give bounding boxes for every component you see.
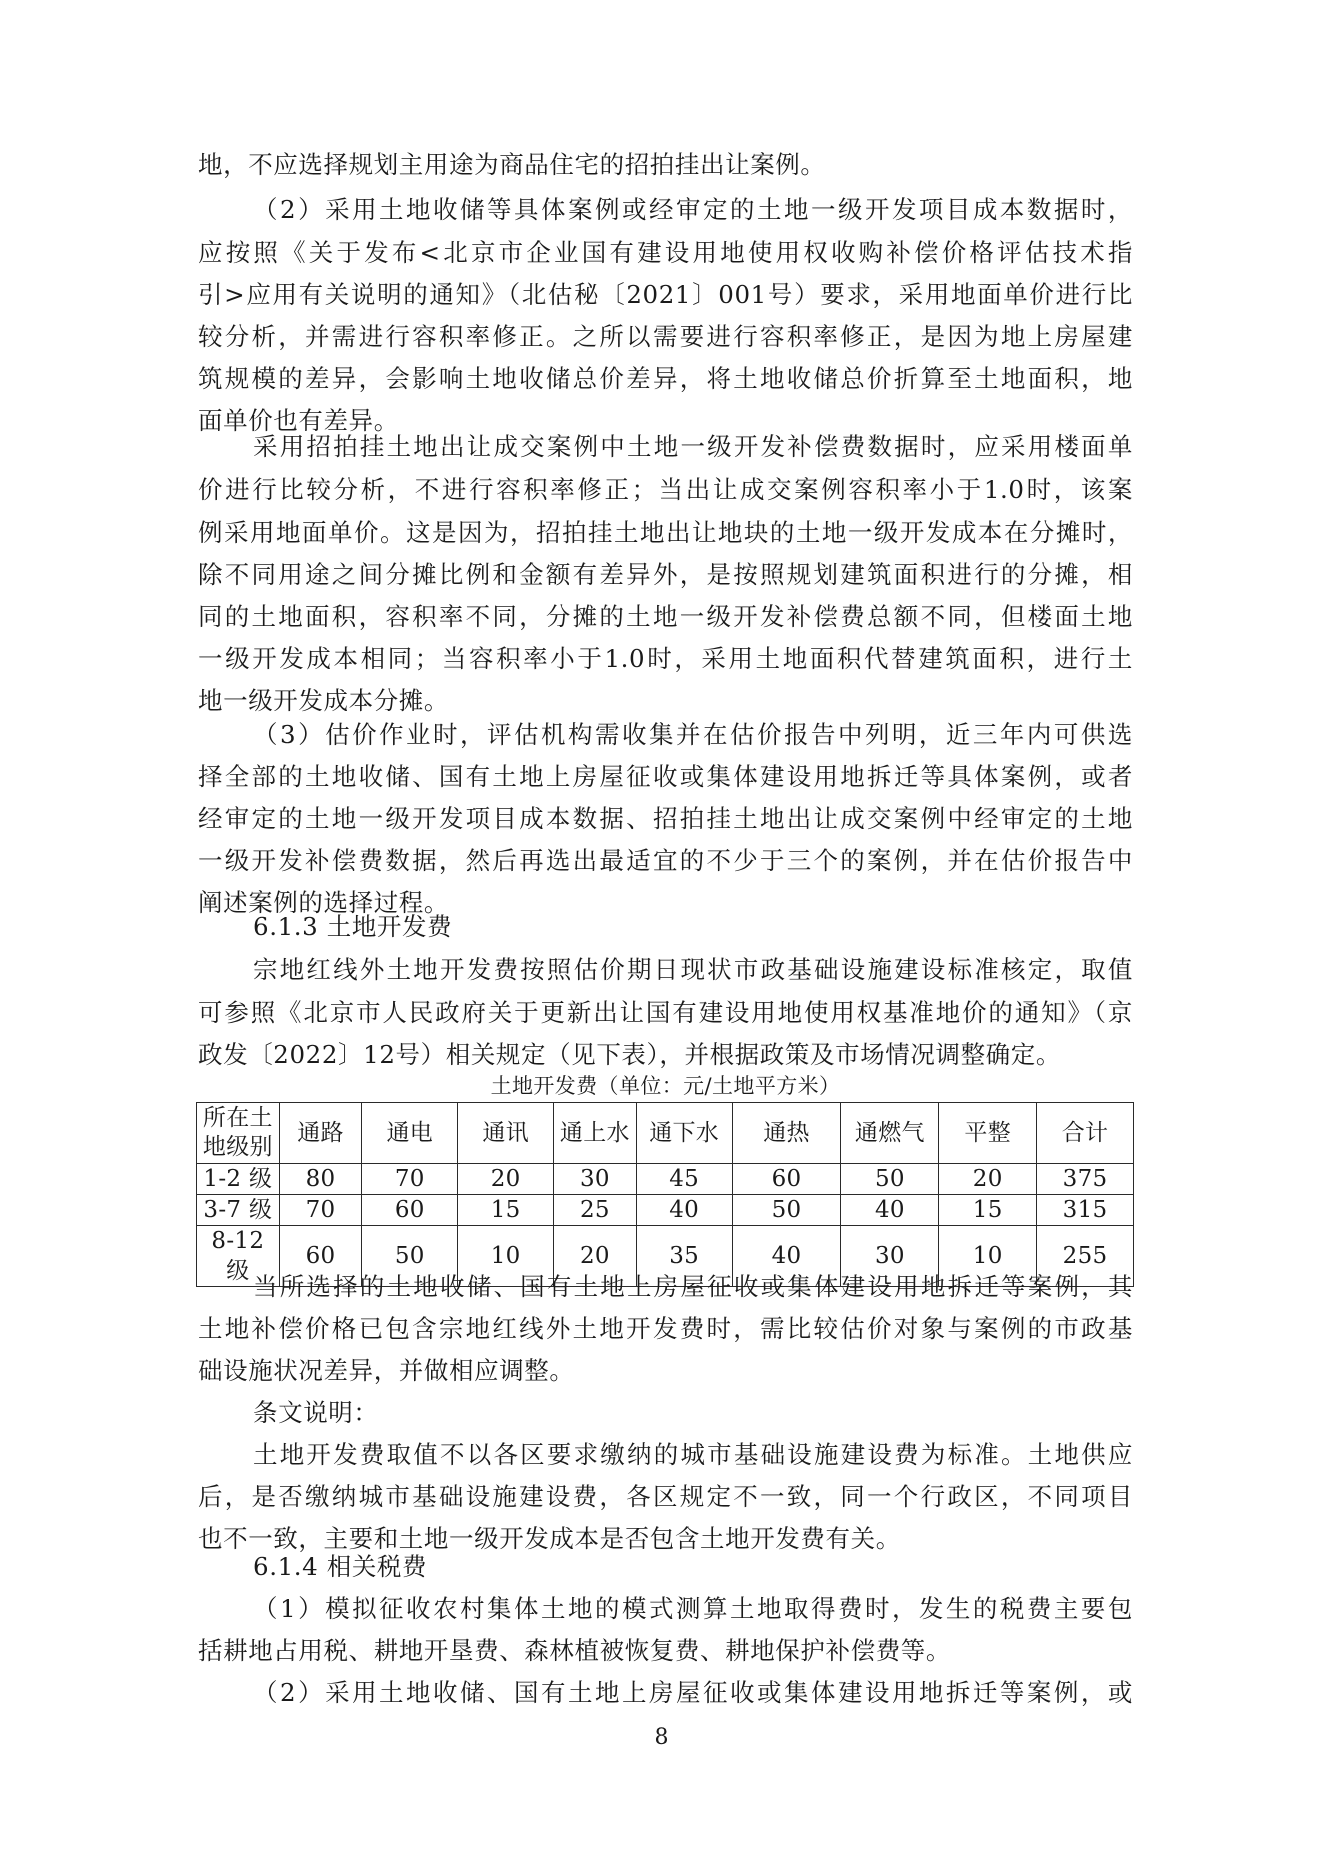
table-cell: 3-7 级 [197, 1195, 280, 1226]
text-line: 括耕地占用税、耕地开垦费、森林植被恢复费、耕地保护补偿费等。 [198, 1636, 1133, 1666]
note-label: 条文说明： [253, 1398, 379, 1428]
text-line: 价进行比较分析，不进行容积率修正；当出让成交案例容积率小于1.0时，该案 [198, 475, 1133, 505]
table-header-row: 所在土 地级别 通路 通电 通讯 通上水 通下水 通热 通燃气 平整 合计 [197, 1103, 1134, 1164]
text-line: （3）估价作业时，评估机构需收集并在估价报告中列明，近三年内可供选 [253, 720, 1133, 750]
table-header-cell: 通讯 [458, 1103, 554, 1164]
text-line: 政发〔2022〕12号）相关规定（见下表），并根据政策及市场情况调整确定。 [198, 1040, 1133, 1070]
table-cell: 25 [554, 1195, 637, 1226]
text-line: 采用招拍挂土地出让成交案例中土地一级开发补偿费数据时，应采用楼面单 [253, 432, 1133, 462]
text-line: 除不同用途之间分摊比例和金额有差异外，是按照规划建筑面积进行的分摊，相 [198, 560, 1133, 590]
table-cell: 60 [732, 1164, 841, 1195]
table-header-cell: 所在土 地级别 [197, 1103, 280, 1164]
table-header-cell: 通上水 [554, 1103, 637, 1164]
text-line: 可参照《北京市人民政府关于更新出让国有建设用地使用权基准地价的通知》（京 [198, 998, 1133, 1028]
text-line: 较分析，并需进行容积率修正。之所以需要进行容积率修正，是因为地上房屋建 [198, 322, 1133, 352]
text-line: 地一级开发成本分摊。 [198, 686, 1133, 716]
text-line: 后，是否缴纳城市基础设施建设费，各区规定不一致，同一个行政区，不同项目 [198, 1482, 1133, 1512]
table-header-cell: 平整 [939, 1103, 1037, 1164]
table-cell: 315 [1037, 1195, 1134, 1226]
document-page: 地，不应选择规划主用途为商品住宅的招拍挂出让案例。 （2）采用土地收储等具体案例… [0, 0, 1323, 1871]
text-line: （1）模拟征收农村集体土地的模式测算土地取得费时，发生的税费主要包 [253, 1594, 1133, 1624]
table-header-cell: 通路 [279, 1103, 362, 1164]
land-development-fee-table: 所在土 地级别 通路 通电 通讯 通上水 通下水 通热 通燃气 平整 合计 1-… [196, 1102, 1134, 1287]
table-cell: 50 [841, 1164, 939, 1195]
text-line: 引>应用有关说明的通知》（北估秘〔2021〕001号）要求，采用地面单价进行比 [198, 280, 1133, 310]
table-cell: 40 [636, 1195, 732, 1226]
header-line: 所在土 [203, 1105, 273, 1131]
table-cell: 20 [458, 1164, 554, 1195]
table-cell: 45 [636, 1164, 732, 1195]
page-number: 8 [0, 1725, 1323, 1750]
table-row: 3-7 级 70 60 15 25 40 50 40 15 315 [197, 1195, 1134, 1226]
text-line: （2）采用土地收储、国有土地上房屋征收或集体建设用地拆迁等案例，或 [253, 1678, 1133, 1708]
text-line: 土地补偿价格已包含宗地红线外土地开发费时，需比较估价对象与案例的市政基 [198, 1314, 1133, 1344]
table-cell: 70 [279, 1195, 362, 1226]
table-header-cell: 通燃气 [841, 1103, 939, 1164]
table-cell: 80 [279, 1164, 362, 1195]
table-cell: 70 [362, 1164, 458, 1195]
table-cell: 15 [458, 1195, 554, 1226]
text-line: 同的土地面积，容积率不同，分摊的土地一级开发补偿费总额不同，但楼面土地 [198, 602, 1133, 632]
table-cell: 40 [841, 1195, 939, 1226]
table-cell: 20 [939, 1164, 1037, 1195]
text-line: 筑规模的差异，会影响土地收储总价差异，将土地收储总价折算至土地面积，地 [198, 364, 1133, 394]
text-line: 础设施状况差异，并做相应调整。 [198, 1356, 1133, 1386]
table-cell: 30 [554, 1164, 637, 1195]
table-cell: 1-2 级 [197, 1164, 280, 1195]
section-heading-6-1-4: 6.1.4 相关税费 [253, 1552, 427, 1582]
text-line: 例采用地面单价。这是因为，招拍挂土地出让地块的土地一级开发成本在分摊时， [198, 518, 1133, 548]
section-heading-6-1-3: 6.1.3 土地开发费 [253, 912, 452, 942]
table-header-cell: 通电 [362, 1103, 458, 1164]
text-line: 也不一致，主要和土地一级开发成本是否包含土地开发费有关。 [198, 1524, 1133, 1554]
table-cell: 60 [362, 1195, 458, 1226]
text-line: 当所选择的土地收储、国有土地上房屋征收或集体建设用地拆迁等案例，其 [253, 1272, 1133, 1302]
text-line: 宗地红线外土地开发费按照估价期日现状市政基础设施建设标准核定，取值 [253, 955, 1133, 985]
table-cell: 15 [939, 1195, 1037, 1226]
table-caption: 土地开发费（单位：元/土地平方米） [198, 1073, 1133, 1099]
table-cell: 375 [1037, 1164, 1134, 1195]
table-header-cell: 通下水 [636, 1103, 732, 1164]
table-cell: 50 [732, 1195, 841, 1226]
text-line: 土地开发费取值不以各区要求缴纳的城市基础设施建设费为标准。土地供应 [253, 1440, 1133, 1470]
text-line: 应按照《关于发布<北京市企业国有建设用地使用权收购补偿价格评估技术指 [198, 238, 1133, 268]
text-line: 一级开发成本相同；当容积率小于1.0时，采用土地面积代替建筑面积，进行土 [198, 644, 1133, 674]
table-row: 1-2 级 80 70 20 30 45 60 50 20 375 [197, 1164, 1134, 1195]
text-line: 择全部的土地收储、国有土地上房屋征收或集体建设用地拆迁等具体案例，或者 [198, 762, 1133, 792]
text-line: （2）采用土地收储等具体案例或经审定的土地一级开发项目成本数据时， [253, 195, 1133, 225]
text-line: 经审定的土地一级开发项目成本数据、招拍挂土地出让成交案例中经审定的土地 [198, 804, 1133, 834]
table-header-cell: 合计 [1037, 1103, 1134, 1164]
table-header-cell: 通热 [732, 1103, 841, 1164]
header-line: 地级别 [203, 1134, 273, 1160]
text-line: 一级开发补偿费数据，然后再选出最适宜的不少于三个的案例，并在估价报告中 [198, 846, 1133, 876]
text-line: 地，不应选择规划主用途为商品住宅的招拍挂出让案例。 [198, 150, 1133, 180]
